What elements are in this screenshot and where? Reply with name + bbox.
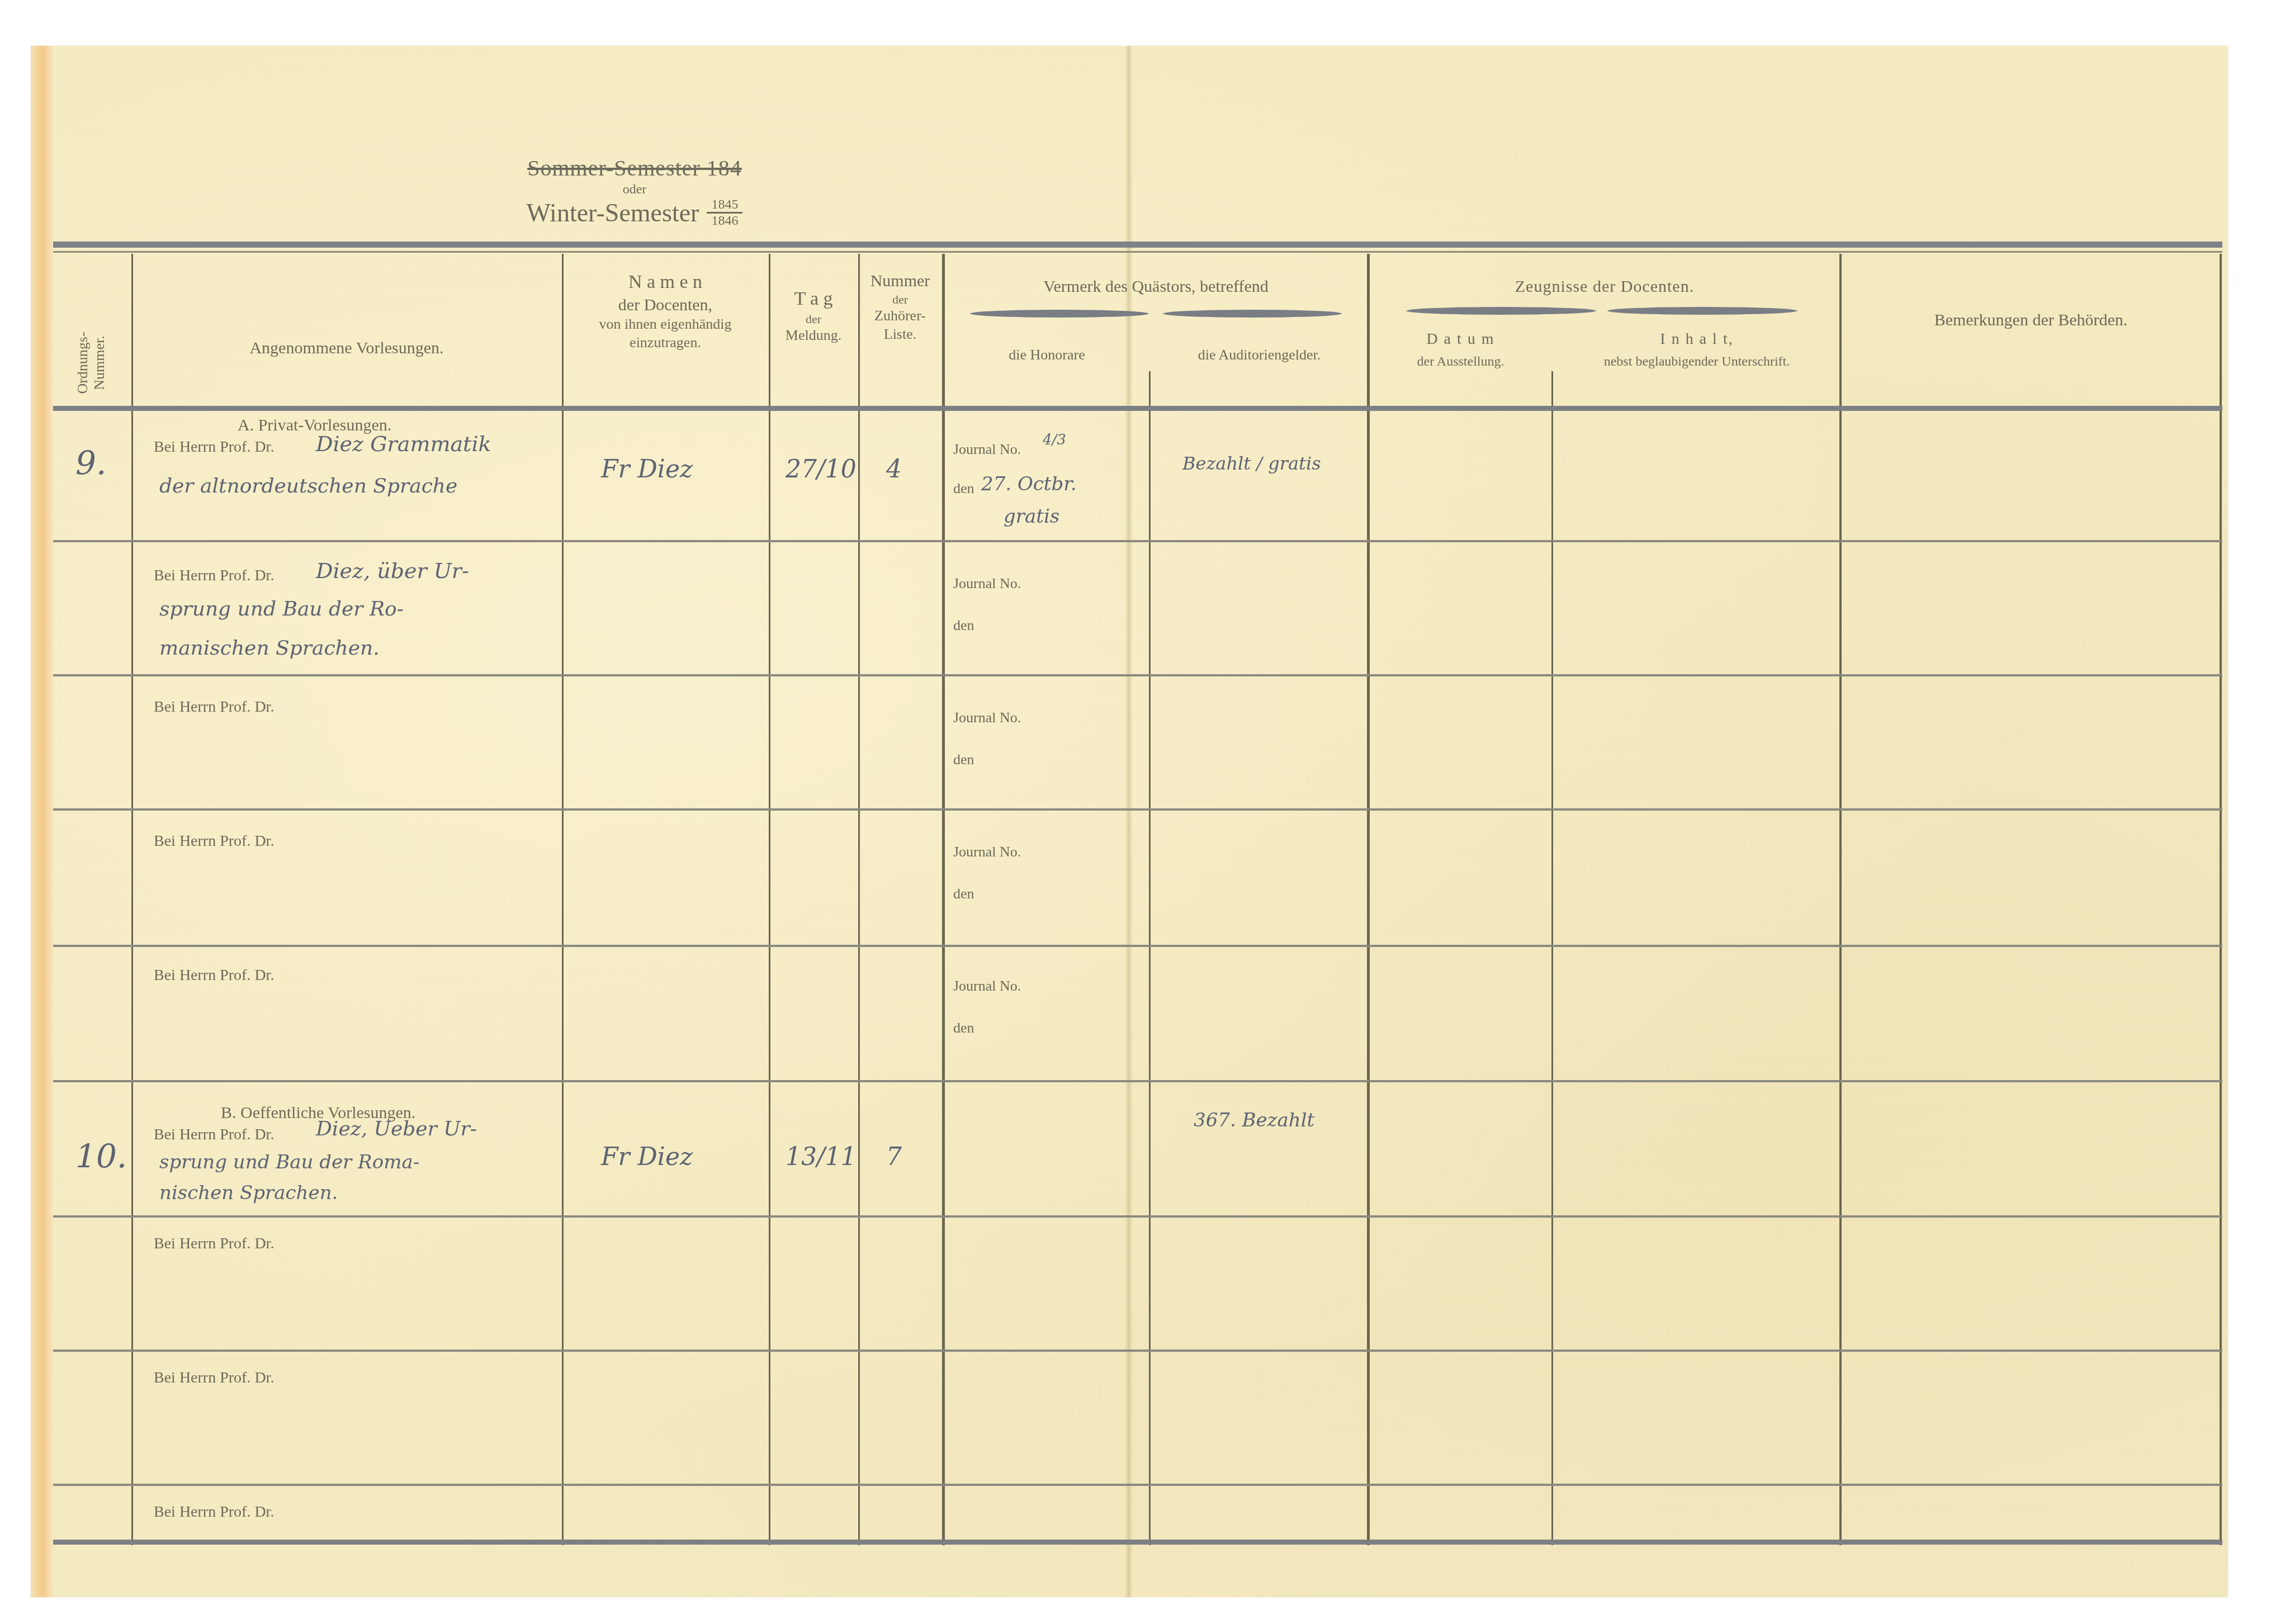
decorative-swash: [1406, 307, 1596, 315]
col-divider: [1551, 371, 1553, 1545]
tag-line3: Meldung.: [769, 326, 858, 345]
row-4-prefix: Bei Herrn Prof. Dr.: [154, 832, 274, 850]
row-divider: [53, 1484, 2222, 1486]
row-10-docent-signature: Fr Diez: [601, 1143, 693, 1171]
oder-label: oder: [456, 182, 813, 197]
row-3-prefix: Bei Herrn Prof. Dr.: [154, 698, 274, 716]
row-divider: [53, 1350, 2222, 1352]
row-9-journal-den: 27. Octbr.: [981, 473, 1077, 495]
row-9-ordnum: 9.: [75, 444, 106, 482]
row-4-den-label: den: [953, 886, 974, 902]
decorative-swash: [970, 310, 1149, 318]
row-5-prefix: Bei Herrn Prof. Dr.: [154, 967, 274, 984]
row-9-docent-signature: Fr Diez: [601, 455, 693, 484]
row-divider: [53, 674, 2222, 676]
header-bottom-rule: [53, 406, 2222, 411]
datum-line2: der Ausstellung.: [1370, 353, 1551, 370]
row-4-journal-label: Journal No.: [953, 844, 1021, 860]
year-top: 1845: [707, 197, 742, 214]
winter-semester-line: Winter-Semester 1845 1846: [527, 197, 743, 228]
document-sheet: Sommer-Semester 184 oder Winter-Semester…: [31, 46, 2228, 1597]
header-tag: T a g der Meldung.: [769, 287, 858, 345]
row-10-nummer: 7: [886, 1143, 902, 1171]
header-datum: D a t u m der Ausstellung.: [1370, 329, 1551, 370]
row-2-journal-label: Journal No.: [953, 575, 1021, 592]
row-10-lecture-line2: sprung und Bau der Roma-: [159, 1151, 419, 1173]
tag-line2: der: [769, 311, 858, 327]
decorative-swash: [1607, 307, 1797, 315]
header-bemerkungen: Bemerkungen der Behörden.: [1842, 310, 2220, 331]
header-quaestor: Vermerk des Quästors, betreffend: [945, 276, 1367, 297]
row-9-journal-label: Journal No.: [953, 441, 1021, 458]
registration-table: Ordnungs- Nummer. Angenommene Vorlesunge…: [53, 254, 2222, 1545]
row-divider: [53, 808, 2222, 811]
row-7-prefix: Bei Herrn Prof. Dr.: [154, 1235, 274, 1253]
row-2-lecture-line3: manischen Sprachen.: [159, 637, 380, 660]
row-2-lecture-line1: Diez, über Ur-: [316, 558, 469, 583]
namen-line3: von ihnen eigenhändig: [562, 315, 769, 334]
header-ordnungs-nummer: Ordnungs- Nummer.: [53, 307, 129, 419]
row-9-journal-no: 4/3: [1043, 432, 1066, 448]
tag-line1: T a g: [769, 287, 858, 311]
row-10-lecture-line3: nischen Sprachen.: [159, 1182, 338, 1204]
nummer-line2: der: [858, 292, 942, 307]
row-9-honorar-note: gratis: [1004, 505, 1059, 528]
semester-years: 1845 1846: [707, 197, 742, 228]
namen-line2: der Docenten,: [562, 295, 769, 316]
row-5-journal-label: Journal No.: [953, 978, 1021, 995]
summer-semester-label: Sommer-Semester 184: [456, 155, 813, 181]
ordnungs-label: Ordnungs- Nummer.: [74, 332, 108, 394]
inhalt-line1: I n h a l t,: [1554, 329, 1839, 349]
row-5-den-label: den: [953, 1020, 974, 1036]
row-9-auditorien-stamp: Bezahlt / gratis: [1182, 444, 1350, 483]
row-2-lecture-line2: sprung und Bau der Ro-: [159, 598, 404, 621]
namen-line4: einzutragen.: [562, 334, 769, 352]
header-inhalt: I n h a l t, nebst beglaubigender Unters…: [1554, 329, 1839, 370]
row-10-prefix: Bei Herrn Prof. Dr.: [154, 1126, 274, 1144]
row-10-tag: 13/11: [786, 1143, 857, 1171]
row-divider: [53, 1080, 2222, 1082]
row-divider: [53, 1215, 2222, 1218]
top-rule-thin: [53, 251, 2222, 253]
header-nummer: Nummer der Zuhörer- Liste.: [858, 271, 942, 343]
header-namen: N a m e n der Docenten, von ihnen eigenh…: [562, 271, 769, 352]
nummer-line4: Liste.: [858, 325, 942, 344]
row-2-den-label: den: [953, 617, 974, 634]
nummer-line3: Zuhörer-: [858, 307, 942, 325]
header-vorlesungen: Angenommene Vorlesungen.: [131, 338, 562, 359]
row-9-nummer: 4: [886, 455, 902, 484]
edge-stain: [31, 46, 53, 1597]
nummer-line1: Nummer: [858, 271, 942, 292]
inhalt-line2: nebst beglaubigender Unterschrift.: [1554, 353, 1839, 370]
row-9-lecture-line2: der altnordeutschen Sprache: [159, 475, 457, 498]
datum-line1: D a t u m: [1370, 329, 1551, 349]
row-9-lecture-line1: Diez Grammatik: [316, 432, 491, 456]
top-rule-thick: [53, 242, 2222, 248]
namen-line1: N a m e n: [562, 271, 769, 295]
col-divider: [1149, 371, 1151, 1545]
header-zeugnisse: Zeugnisse der Docenten.: [1370, 276, 1839, 297]
row-divider: [53, 945, 2222, 947]
row-3-journal-label: Journal No.: [953, 709, 1021, 726]
header-honorare: die Honorare: [945, 346, 1149, 364]
year-bottom: 1846: [711, 214, 738, 228]
row-9-den-label: den: [953, 480, 974, 497]
row-3-den-label: den: [953, 751, 974, 768]
semester-title: Sommer-Semester 184 oder Winter-Semester…: [456, 155, 813, 228]
row-9b-prefix: Bei Herrn Prof. Dr.: [154, 1503, 274, 1521]
winter-semester-label: Winter-Semester: [527, 198, 699, 228]
row-10-auditorien-stamp: 367. Bezahlt: [1194, 1098, 1350, 1143]
row-8-prefix: Bei Herrn Prof. Dr.: [154, 1369, 274, 1387]
decorative-swash: [1163, 310, 1342, 318]
row-divider: [53, 540, 2222, 542]
row-2-prefix: Bei Herrn Prof. Dr.: [154, 567, 274, 585]
row-9-prefix: Bei Herrn Prof. Dr.: [154, 438, 274, 456]
header-auditorien: die Auditoriengelder.: [1152, 346, 1367, 364]
table-bottom-rule: [53, 1540, 2222, 1545]
row-10-ordnum: 10.: [75, 1137, 127, 1175]
row-10-lecture-line1: Diez, Ueber Ur-: [316, 1118, 477, 1140]
row-9-tag: 27/10: [786, 455, 857, 484]
